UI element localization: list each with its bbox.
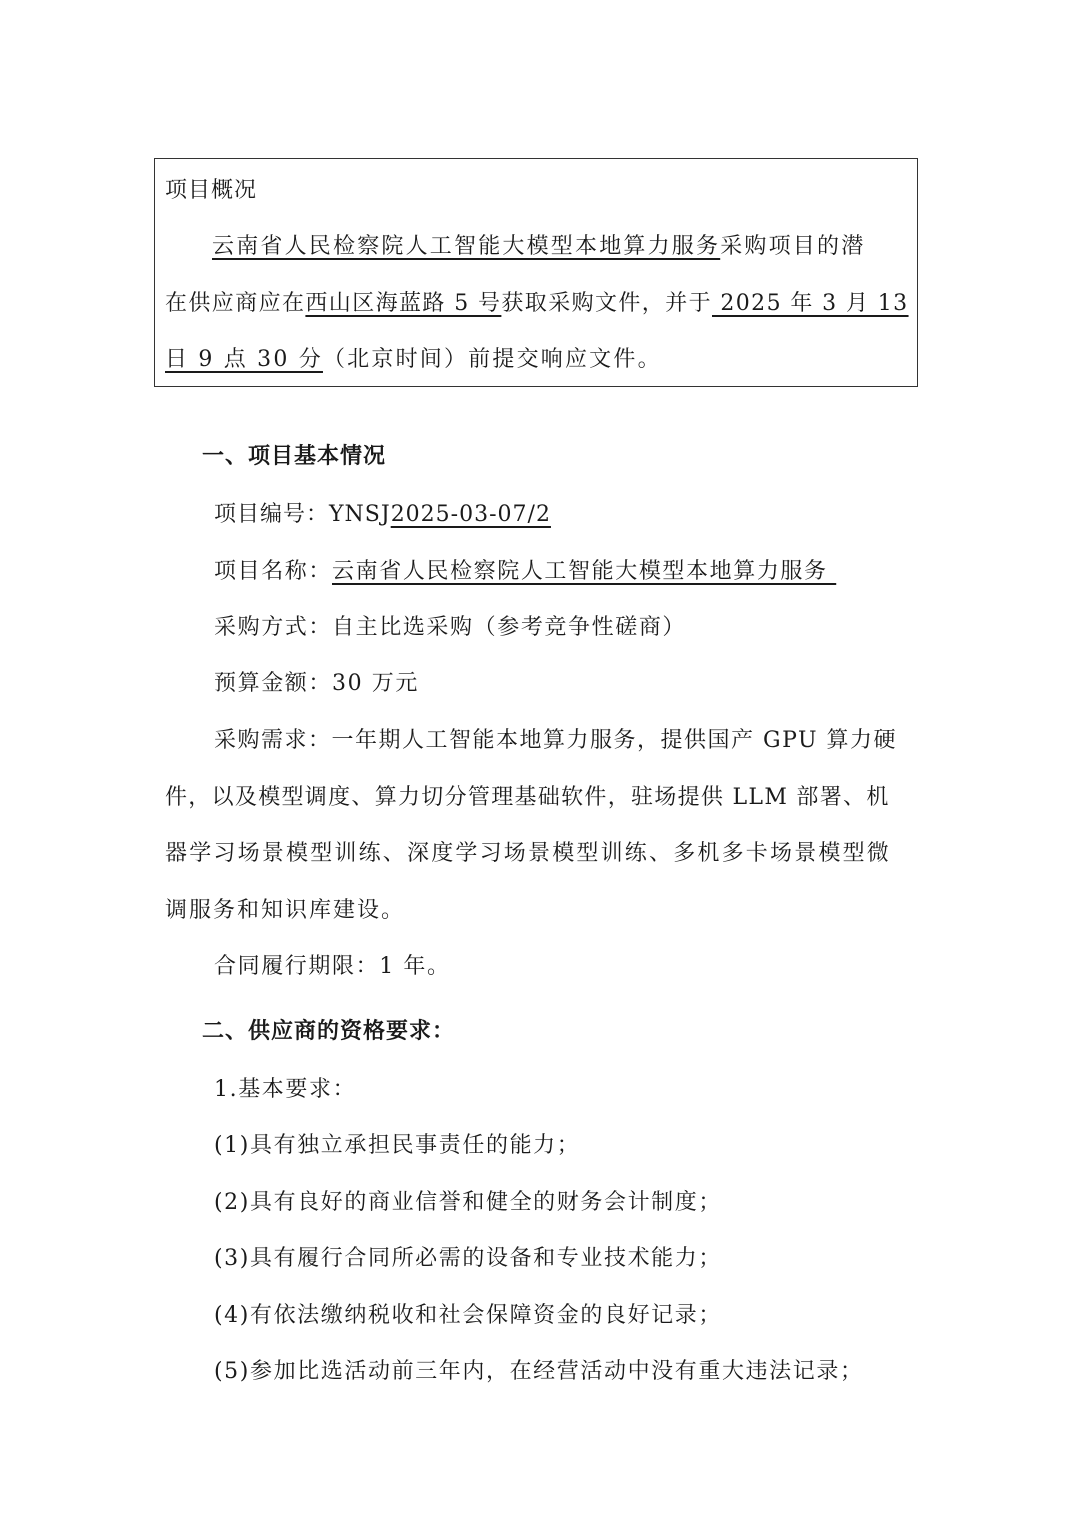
project-number-row: 项目编号：YNSJ2025-03-07/2 — [214, 501, 551, 529]
deadline-underlined: 2025 年 3 月 13 — [712, 291, 909, 316]
summary-line-1: 云南省人民检察院人工智能大模型本地算力服务采购项目的潜 — [212, 233, 865, 261]
field-value: 30 万元 — [332, 671, 419, 696]
field-value: YNSJ — [329, 502, 391, 527]
requirements-line: 件，以及模型调度、算力切分管理基础软件，驻场提供 LLM 部署、机 — [165, 784, 890, 812]
section2-heading: 二、供应商的资格要求： — [202, 1018, 455, 1046]
project-name-underlined: 云南省人民检察院人工智能大模型本地算力服务 — [332, 559, 836, 584]
summary-text: （北京时间）前提交响应文件。 — [323, 347, 662, 372]
summary-text: 获取采购文件，并于 — [501, 291, 712, 316]
summary-text: 采购项目的潜 — [720, 234, 865, 259]
procurement-method-row: 采购方式：自主比选采购（参考竞争性磋商） — [214, 614, 686, 642]
field-label: 预算金额： — [214, 671, 332, 696]
project-number-underlined: 2025-03-07/2 — [391, 502, 551, 527]
deadline-underlined: 日 9 点 30 分 — [165, 347, 323, 372]
requirements-line: 采购需求：一年期人工智能本地算力服务，提供国产 GPU 算力硬 — [214, 727, 897, 755]
qualification-item: (5)参加比选活动前三年内，在经营活动中没有重大违法记录； — [214, 1358, 864, 1386]
summary-text: 在供应商应在 — [165, 291, 305, 316]
document-page: 项目概况 云南省人民检察院人工智能大模型本地算力服务采购项目的潜 在供应商应在西… — [0, 0, 1074, 1520]
qualification-item: (3)具有履行合同所必需的设备和专业技术能力； — [214, 1245, 722, 1273]
field-label: 项目名称： — [214, 559, 332, 584]
qualification-item: (4)有依法缴纳税收和社会保障资金的良好记录； — [214, 1302, 722, 1330]
summary-line-3: 日 9 点 30 分（北京时间）前提交响应文件。 — [165, 346, 662, 374]
qualification-item: (1)具有独立承担民事责任的能力； — [214, 1132, 580, 1160]
summary-title: 项目概况 — [165, 177, 257, 205]
field-value: 自主比选采购（参考竞争性磋商） — [332, 615, 686, 640]
contract-period: 合同履行期限：1 年。 — [214, 953, 451, 981]
section1-heading: 一、项目基本情况 — [202, 443, 386, 471]
basic-requirements-heading: 1.基本要求： — [214, 1076, 356, 1104]
requirements-line: 器学习场景模型训练、深度学习场景模型训练、多机多卡场景模型微 — [165, 840, 891, 868]
project-name-underlined: 云南省人民检察院人工智能大模型本地算力服务 — [212, 234, 720, 259]
qualification-item: (2)具有良好的商业信誉和健全的财务会计制度； — [214, 1189, 722, 1217]
project-name-row: 项目名称：云南省人民检察院人工智能大模型本地算力服务 — [214, 558, 836, 586]
budget-row: 预算金额：30 万元 — [214, 670, 419, 698]
requirements-line: 调服务和知识库建设。 — [165, 897, 405, 925]
summary-line-2: 在供应商应在西山区海蓝路 5 号获取采购文件，并于 2025 年 3 月 13 — [165, 290, 909, 318]
field-label: 项目编号： — [214, 502, 329, 527]
field-label: 采购方式： — [214, 615, 332, 640]
address-underlined: 西山区海蓝路 5 号 — [305, 291, 501, 316]
